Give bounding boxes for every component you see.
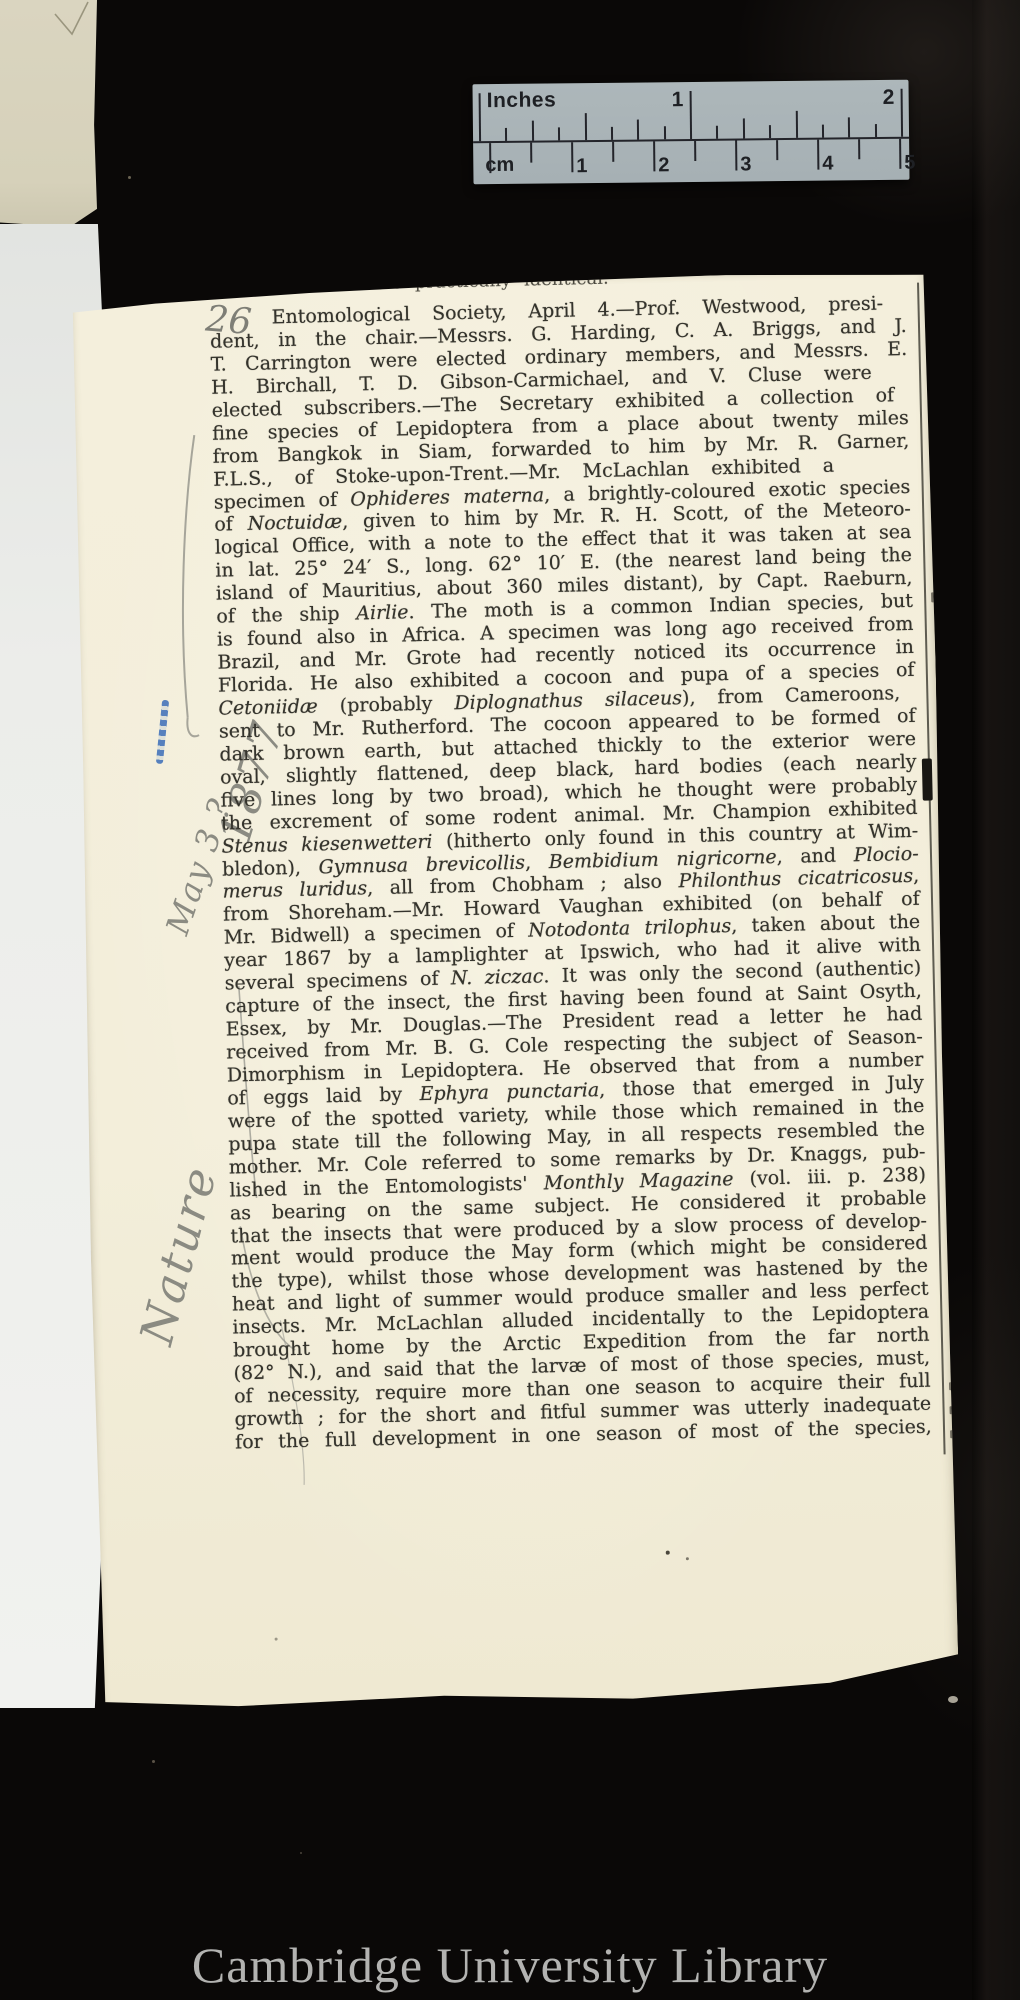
inch-tick (611, 127, 613, 140)
cm-tick (735, 141, 737, 171)
cm-tick (653, 141, 655, 171)
measurement-ruler: Inches cm 1212345 (472, 80, 909, 185)
dust-speck (152, 1760, 155, 1763)
cm-tick (489, 143, 491, 173)
inch-tick (875, 124, 877, 137)
inch-tick (743, 118, 745, 138)
dust-speck (128, 176, 131, 179)
inch-tick (690, 91, 693, 139)
inch-tick (769, 125, 771, 138)
inch-tick (795, 111, 797, 138)
ink-dot (275, 1638, 278, 1641)
ruler-inches-label: Inches (487, 88, 557, 113)
cutoff-text-line: standards are practically identical. (269, 270, 729, 296)
cm-number: 4 (822, 153, 833, 176)
pencil-check-mark (0, 0, 97, 60)
cm-tick (776, 140, 778, 160)
inch-number: 2 (883, 86, 895, 110)
cm-tick (530, 143, 532, 163)
inch-tick (532, 121, 534, 141)
cm-tick (694, 141, 696, 161)
paper-scrap-top-left (0, 0, 97, 227)
ink-blob (922, 758, 933, 800)
clipping-text-column: Entomological Society, April 4.—Prof. We… (209, 292, 932, 1454)
inch-tick (558, 127, 560, 140)
inch-tick (505, 128, 507, 141)
newspaper-clipping: standards are practically identical. 26 … (69, 270, 959, 1713)
ink-dot (666, 1551, 670, 1555)
text-fragment (931, 592, 937, 602)
inch-tick (822, 125, 824, 138)
inch-tick (584, 113, 586, 140)
library-watermark: Cambridge University Library (0, 1936, 1020, 1994)
cm-number: 3 (740, 153, 751, 176)
cm-number: 5 (904, 152, 915, 175)
cm-number: 1 (576, 155, 587, 178)
inch-tick (664, 126, 666, 139)
paper-speck (948, 1696, 958, 1703)
cm-number: 2 (658, 154, 669, 177)
dust-speck (300, 1852, 302, 1854)
cm-tick (899, 139, 901, 169)
inch-tick (479, 93, 482, 141)
inch-tick (716, 126, 718, 139)
cm-tick (858, 139, 860, 159)
inch-tick (637, 120, 639, 140)
inch-tick (901, 89, 904, 137)
cm-tick (612, 142, 614, 162)
inch-tick (848, 117, 850, 137)
cm-tick (817, 140, 819, 170)
cm-tick (571, 142, 573, 172)
inch-number: 1 (672, 88, 684, 112)
ink-dot (686, 1557, 689, 1560)
